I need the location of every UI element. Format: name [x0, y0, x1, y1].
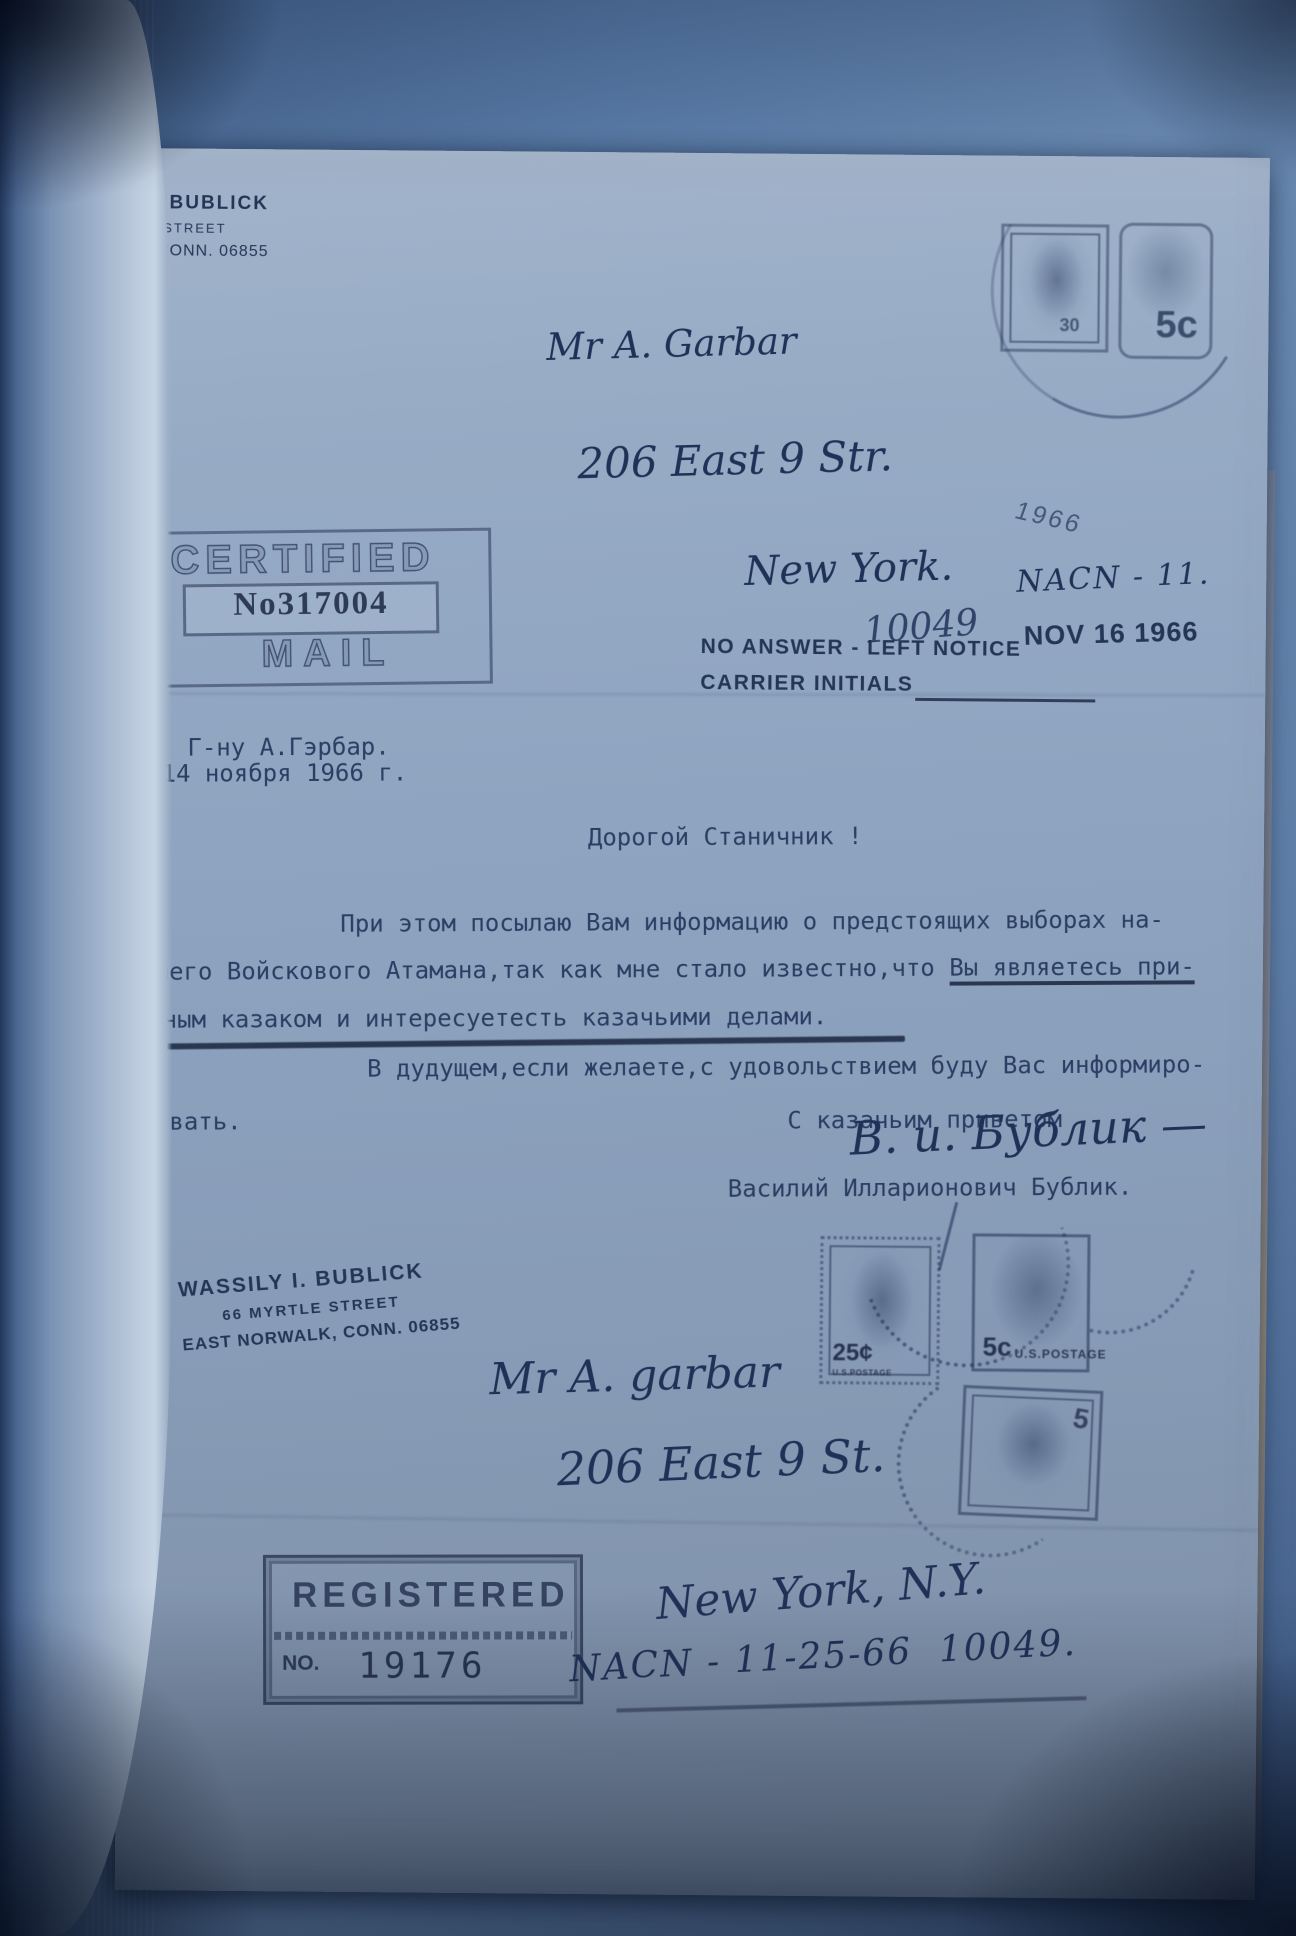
- note-underline: [616, 1696, 1086, 1712]
- letter-body-line4: В дудущем,если желаете,с удовольствием б…: [367, 1050, 1205, 1082]
- letter-salutation: Дорогой Станичник !: [588, 822, 863, 851]
- book-page-stack: [0, 0, 172, 1936]
- addressee-street-hand: 206 East 9 St.: [556, 1428, 887, 1496]
- letter-body-line2-underlined: Вы являетесь при-: [949, 952, 1195, 985]
- letter-body-line1: При этом посылаю Вам информацию о предст…: [340, 906, 1164, 938]
- cancellation-mark-icon: [881, 1354, 1100, 1573]
- letter-body-line2: шего Войскового Атамана,так как мне стал…: [155, 952, 1195, 985]
- registered-stamp: REGISTERED NO. 19176: [263, 1554, 583, 1705]
- addressee-name-hand: Mr A. garbar: [489, 1347, 781, 1406]
- nacn-annotation-bottom: NACN - 11-25-66 10049.: [568, 1623, 1078, 1691]
- letter-body-line2-normal: шего Войскового Атамана,так как мне стал…: [155, 954, 950, 986]
- typed-letter-block: Г-ну А.Гэрбар. 14 ноября 1966 г. Дорогой…: [122, 150, 1268, 1256]
- photograph-of-document: BUBLICK STREET CONN. 06855 30 5c 1966 Mr…: [0, 0, 1296, 1936]
- stamp-25c-label: U.S.POSTAGE: [832, 1368, 892, 1378]
- photocopy-page: BUBLICK STREET CONN. 06855 30 5c 1966 Mr…: [115, 148, 1270, 1900]
- registered-no-label: NO.: [282, 1652, 319, 1676]
- heavy-underline: [105, 1036, 905, 1050]
- stamp-25c-value: 25¢: [832, 1339, 872, 1367]
- letter-body-line5: вать.: [169, 1107, 241, 1135]
- sender-address-stamp: WASSILY I. BUBLICK 66 MYRTLE STREET EAST…: [177, 1257, 461, 1356]
- letter-date: 14 ноября 1966 г.: [161, 758, 407, 787]
- stamp-5c-mid-label: U.S.POSTAGE: [1014, 1347, 1106, 1362]
- registered-divider: [274, 1631, 572, 1640]
- registered-title: REGISTERED: [292, 1575, 570, 1615]
- letter-recipient: Г-ну А.Гэрбар.: [187, 733, 389, 762]
- registered-number: 19176: [358, 1646, 486, 1687]
- addressee-city-hand: New York, N.Y.: [654, 1553, 988, 1630]
- letter-body-line3: иродным казаком и интересуетесть казачьи…: [105, 1002, 828, 1034]
